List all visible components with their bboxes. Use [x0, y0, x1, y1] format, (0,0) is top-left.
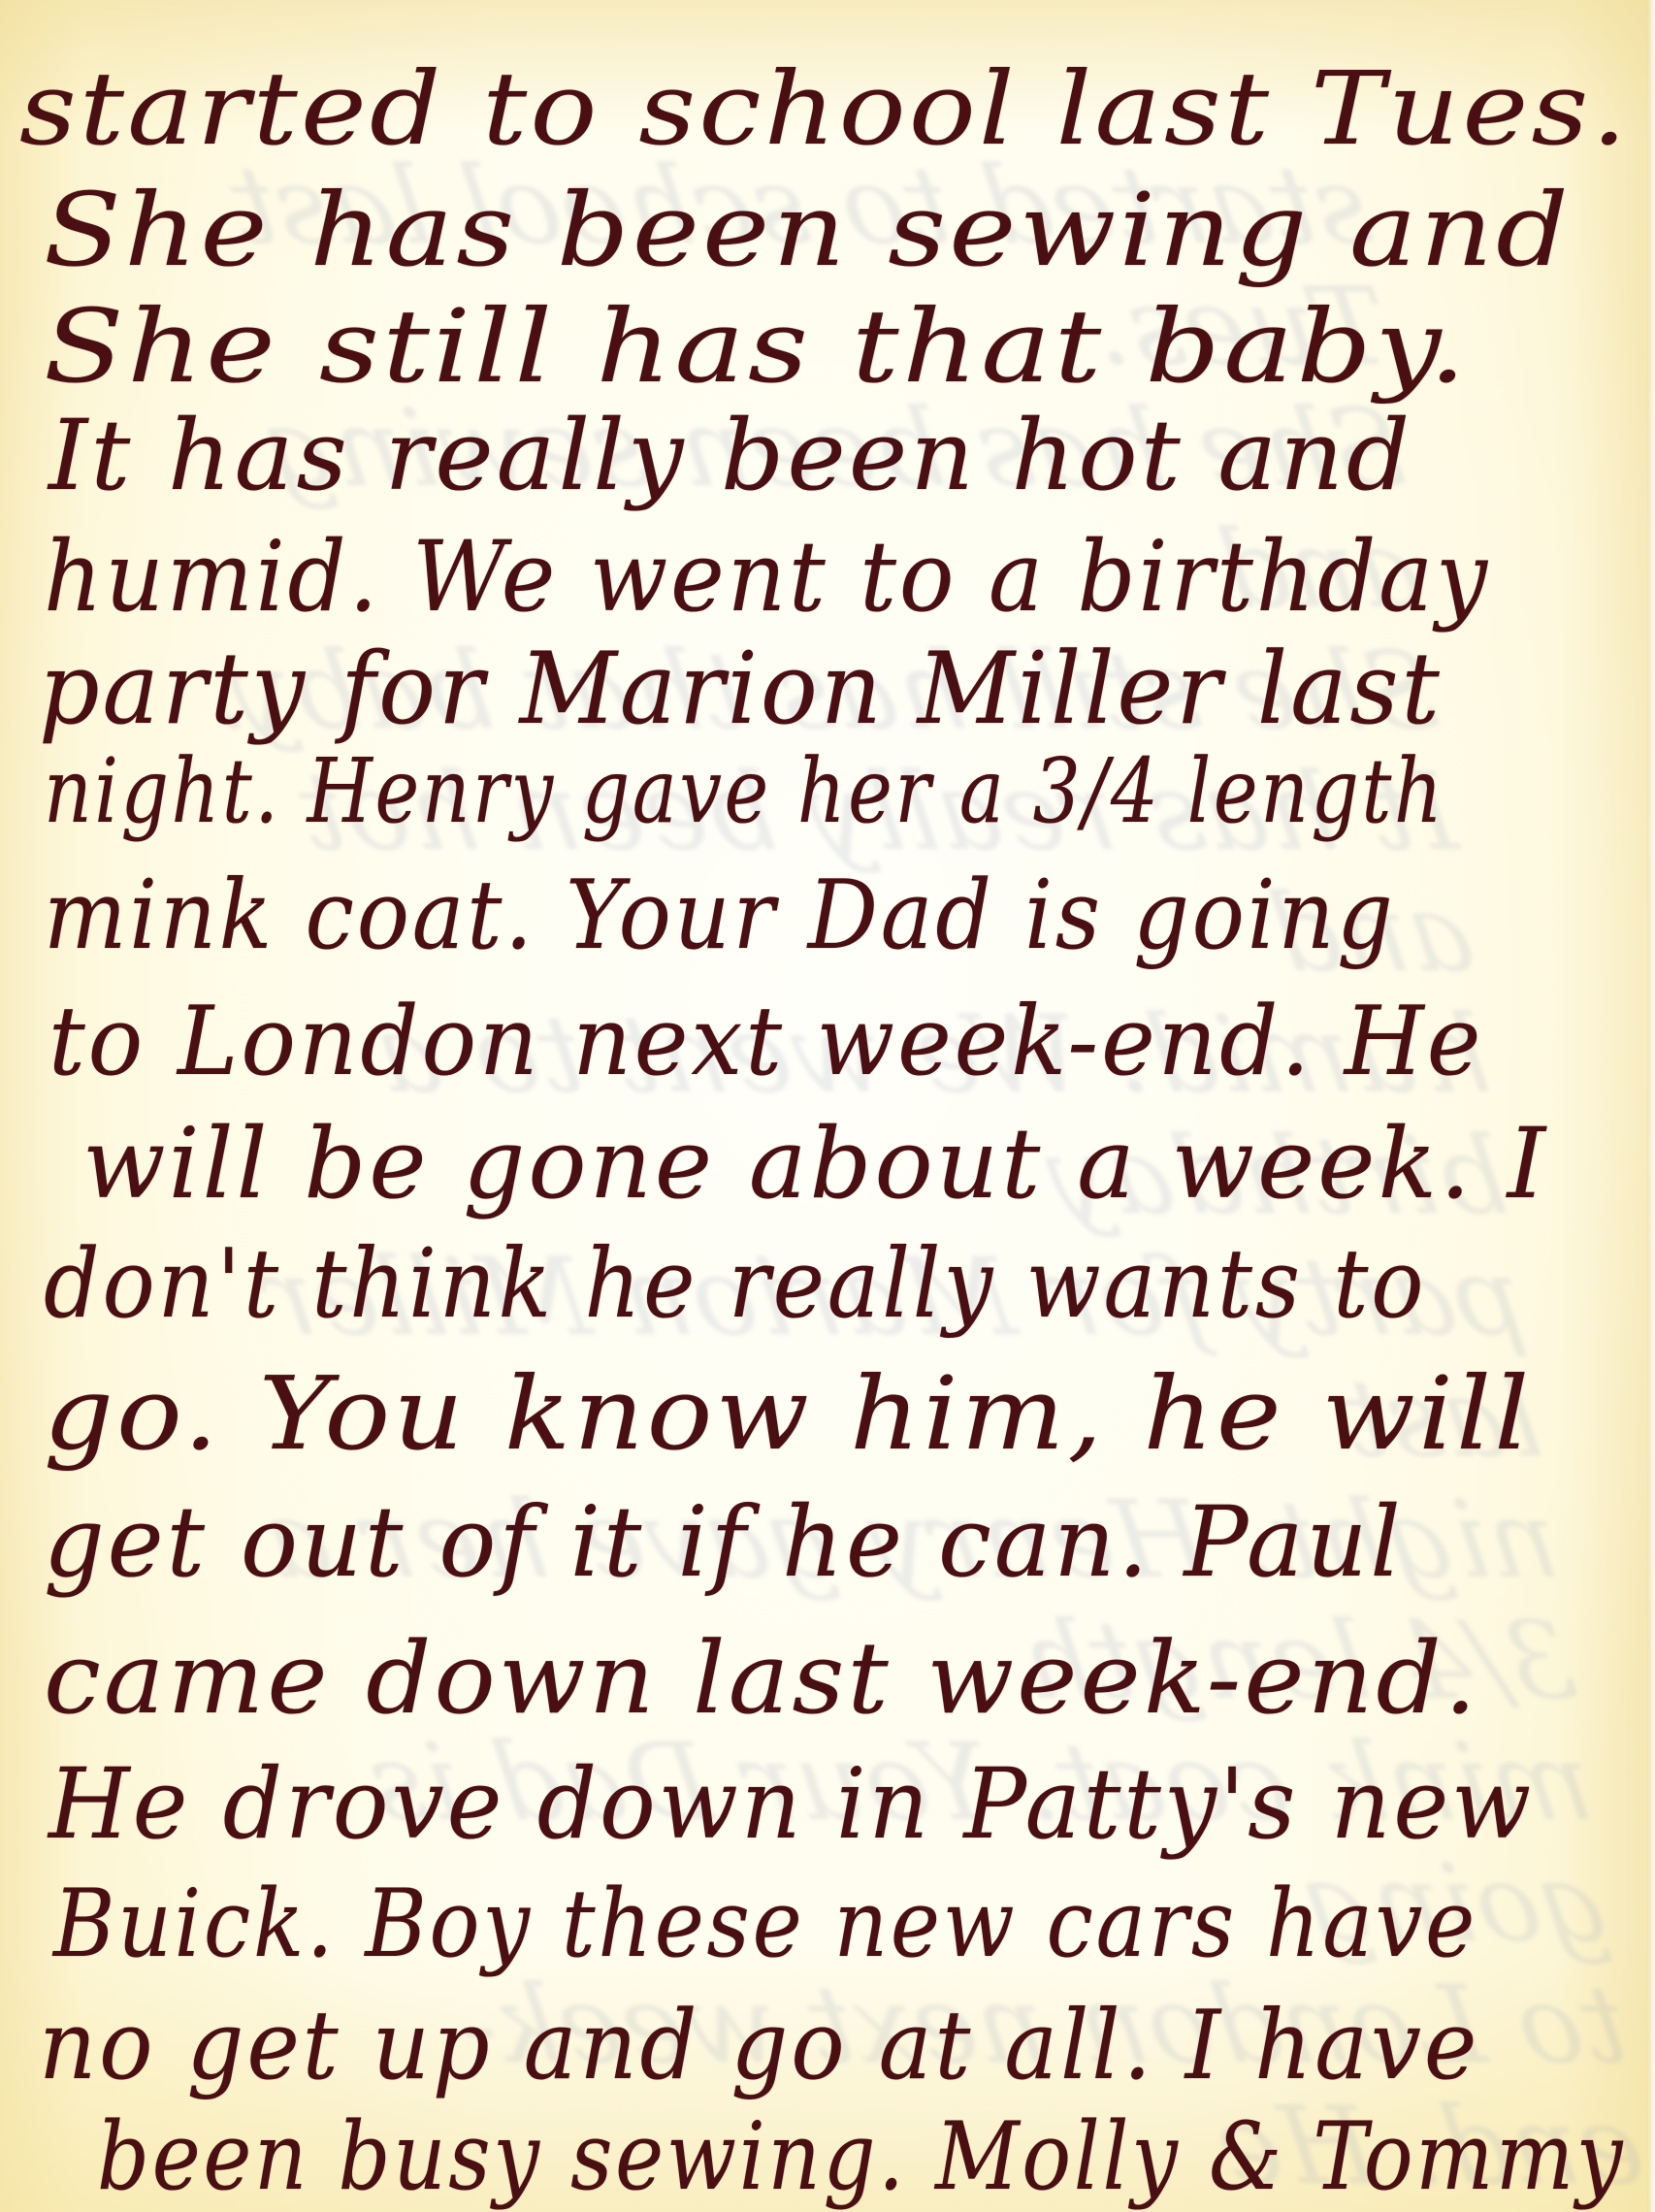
letter-line-18: been busy sewing. Molly & Tommy	[97, 2110, 1625, 2203]
letter-line-2: She has been sewing and	[44, 179, 1572, 280]
letter-page: started to school last Tues. She has bee…	[0, 0, 1655, 2212]
letter-line-8: mink coat. Your Dad is going	[44, 868, 1396, 963]
letter-line-3: She still has that baby.	[44, 296, 1470, 397]
letter-line-5: humid. We went to a birthday	[44, 529, 1490, 626]
handwritten-letter: started to school last Tues. She has bee…	[0, 0, 1655, 2212]
letter-line-10: will be gone about a week. I	[82, 1116, 1548, 1213]
letter-line-1: started to school last Tues.	[19, 58, 1630, 159]
letter-line-7: night. Henry gave her a 3/4 length	[44, 747, 1444, 836]
letter-line-14: came down last week-end.	[44, 1630, 1479, 1729]
letter-line-6: party for Marion Miller last	[39, 640, 1443, 739]
letter-line-17: no get up and go at all. I have	[39, 1999, 1479, 2094]
letter-line-15: He drove down in Patty's new	[49, 1756, 1534, 1853]
letter-line-11: don't think he really wants to	[44, 1237, 1426, 1332]
letter-line-9: to London next week-end. He	[49, 994, 1483, 1090]
letter-line-4: It has really been hot and	[49, 407, 1412, 504]
letter-line-13: get out of it if he can. Paul	[44, 1494, 1404, 1591]
letter-line-12: go. You know him, he will	[44, 1363, 1532, 1464]
letter-line-16: Buick. Boy these new cars have	[53, 1877, 1477, 1970]
